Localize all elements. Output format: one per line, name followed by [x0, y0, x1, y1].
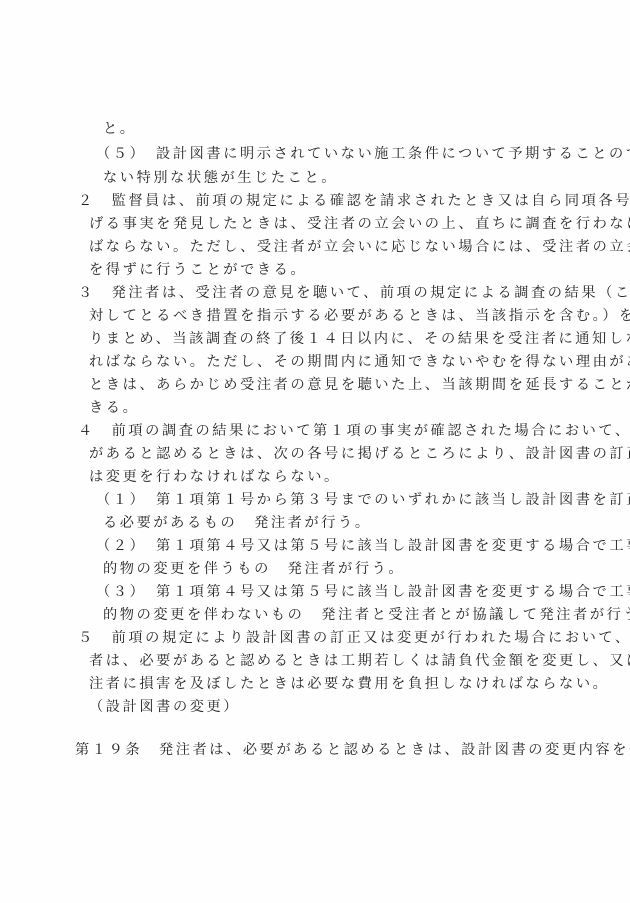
document-text-line: ３ 発注者は、受注者の意見を聴いて、前項の規定による調査の結果（これに — [78, 284, 630, 302]
document-text-line: ２ 監督員は、前項の規定による確認を請求されたとき又は自ら同項各号に掲 — [78, 192, 630, 210]
document-text-line: （設計図書の変更） — [89, 698, 240, 716]
document-text-line: は変更を行わなければならない。 — [89, 468, 341, 486]
document-text-line: （３） 第１項第４号又は第５号に該当し設計図書を変更する場合で工事目 — [96, 583, 630, 601]
document-text-line: 的物の変更を伴わないもの 発注者と受注者とが協議して発注者が行う。 — [103, 606, 630, 624]
document-text-line: （５） 設計図書に明示されていない施工条件について予期することのでき — [96, 145, 630, 163]
document-text-line: ときは、あらかじめ受注者の意見を聴いた上、当該期間を延長することがで — [89, 376, 630, 394]
document-text-line: 的物の変更を伴うもの 発注者が行う。 — [103, 560, 405, 578]
document-text-line: があると認めるときは、次の各号に掲げるところにより、設計図書の訂正又 — [89, 445, 630, 463]
document-text-line: 対してとるべき措置を指示する必要があるときは、当該指示を含む。）をと — [89, 307, 630, 325]
document-text-line: りまとめ、当該調査の終了後１４日以内に、その結果を受注者に通知しなけ — [89, 330, 630, 348]
document-text-line: ４ 前項の調査の結果において第１項の事実が確認された場合において、必要 — [78, 422, 630, 440]
document-text-line: きる。 — [89, 399, 139, 417]
document-text-line: ない特別な状態が生じたこと。 — [103, 169, 338, 187]
document-text-line: げる事実を発見したときは、受注者の立会いの上、直ちに調査を行わなけれ — [89, 215, 630, 233]
document-text-line: （１） 第１項第１号から第３号までのいずれかに該当し設計図書を訂正す — [96, 491, 630, 509]
document-text-line: 第１９条 発注者は、必要があると認めるときは、設計図書の変更内容を受注 — [75, 741, 630, 759]
document-page: と。（５） 設計図書に明示されていない施工条件について予期することのできない特別… — [0, 0, 630, 903]
document-text-line: る必要があるもの 発注者が行う。 — [103, 514, 372, 532]
document-text-line: 者は、必要があると認めるときは工期若しくは請負代金額を変更し、又は受 — [89, 652, 630, 670]
document-text-line: 注者に損害を及ぼしたときは必要な費用を負担しなければならない。 — [89, 675, 609, 693]
document-text-line: ５ 前項の規定により設計図書の訂正又は変更が行われた場合において、発注 — [78, 629, 630, 647]
document-text-line: を得ずに行うことができる。 — [89, 261, 307, 279]
document-text-line: ればならない。ただし、その期間内に通知できないやむを得ない理由がある — [89, 353, 630, 371]
document-text-line: と。 — [103, 120, 137, 138]
document-text-line: （２） 第１項第４号又は第５号に該当し設計図書を変更する場合で工事目 — [96, 537, 630, 555]
document-text-line: ばならない。ただし、受注者が立会いに応じない場合には、受注者の立会い — [89, 238, 630, 256]
